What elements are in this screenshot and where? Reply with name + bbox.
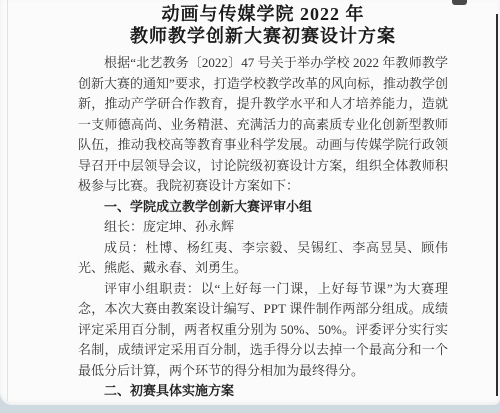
- body-paragraph: 成员：杜博、杨红夷、李宗毅、吴锡红、李高昱昊、顾伟光、熊彪、戴永春、刘勇生。: [78, 238, 448, 279]
- section-heading: 二、初赛具体实施方案: [78, 381, 448, 402]
- document-body: 根据“北艺教务〔2022〕47 号关于举办学校 2022 年教师教学创新大赛的通…: [78, 53, 448, 402]
- body-paragraph: 评审小组职责：以“上好每一门课，上好每节课”为大赛理念，本次大赛由教案设计编写、…: [78, 279, 448, 382]
- scan-left-edge-line: [7, 0, 8, 401]
- document-title: 动画与传媒学院 2022 年 教师教学创新大赛初赛设计方案: [78, 3, 448, 47]
- scanned-document: 动画与传媒学院 2022 年 教师教学创新大赛初赛设计方案 根据“北艺教务〔20…: [0, 0, 500, 413]
- title-line-1: 动画与传媒学院 2022 年: [78, 3, 448, 25]
- title-line-2: 教师教学创新大赛初赛设计方案: [78, 25, 448, 47]
- scan-top-mark: [452, 0, 467, 5]
- scan-right-edge-line: [496, 14, 498, 396]
- body-paragraph: 根据“北艺教务〔2022〕47 号关于举办学校 2022 年教师教学创新大赛的通…: [78, 53, 448, 197]
- section-heading: 一、学院成立教学创新大赛评审小组: [78, 197, 448, 218]
- body-paragraph: 组长：庞定坤、孙永辉: [78, 217, 448, 238]
- document-content: 动画与传媒学院 2022 年 教师教学创新大赛初赛设计方案 根据“北艺教务〔20…: [78, 3, 448, 402]
